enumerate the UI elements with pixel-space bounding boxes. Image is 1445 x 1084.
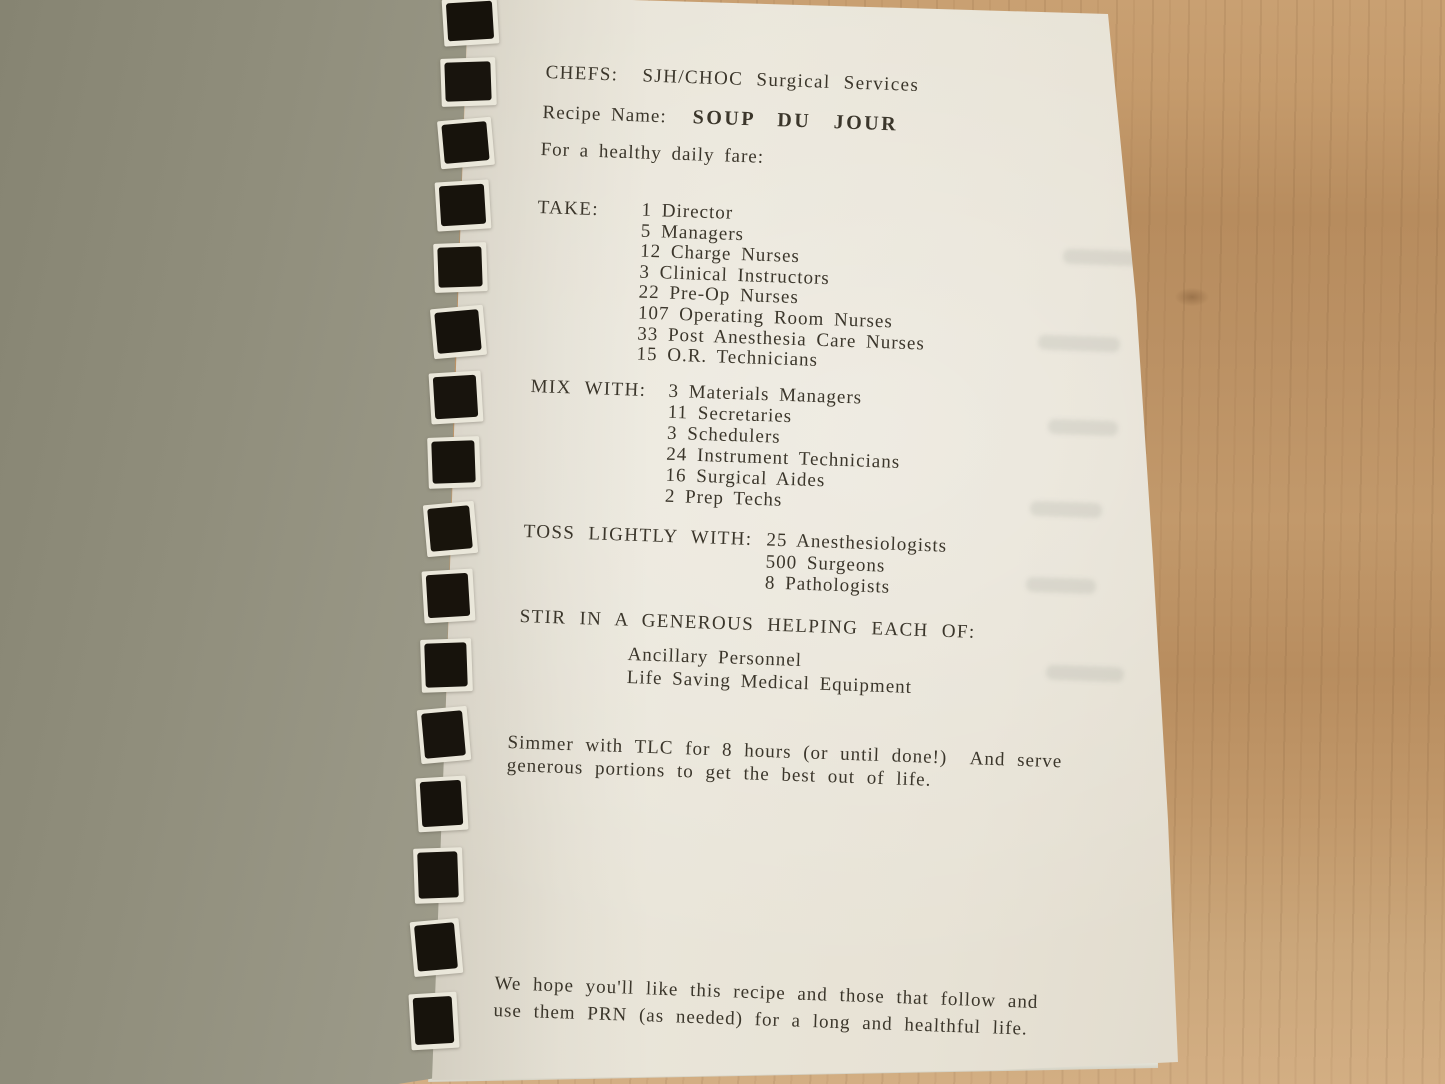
binding-tooth [418,851,460,898]
binding-tooth [424,642,467,687]
binding-tooth [444,61,491,101]
binding-tooth [431,440,475,484]
binding-tooth [426,573,470,619]
binding-tooth [413,995,455,1044]
binding-tooth [438,247,484,289]
binding-tooth [428,505,474,551]
comb-binding [0,0,1445,1084]
binding-tooth [439,183,486,225]
binding-tooth [433,374,479,418]
binding-tooth [441,121,489,164]
binding-tooth [419,780,462,828]
photo-scene: CHEFS:SJH/CHOC Surgical Services Recipe … [0,0,1445,1084]
binding-tooth [434,309,481,354]
binding-tooth [446,1,494,42]
binding-tooth [414,922,458,972]
binding-tooth [421,710,466,758]
